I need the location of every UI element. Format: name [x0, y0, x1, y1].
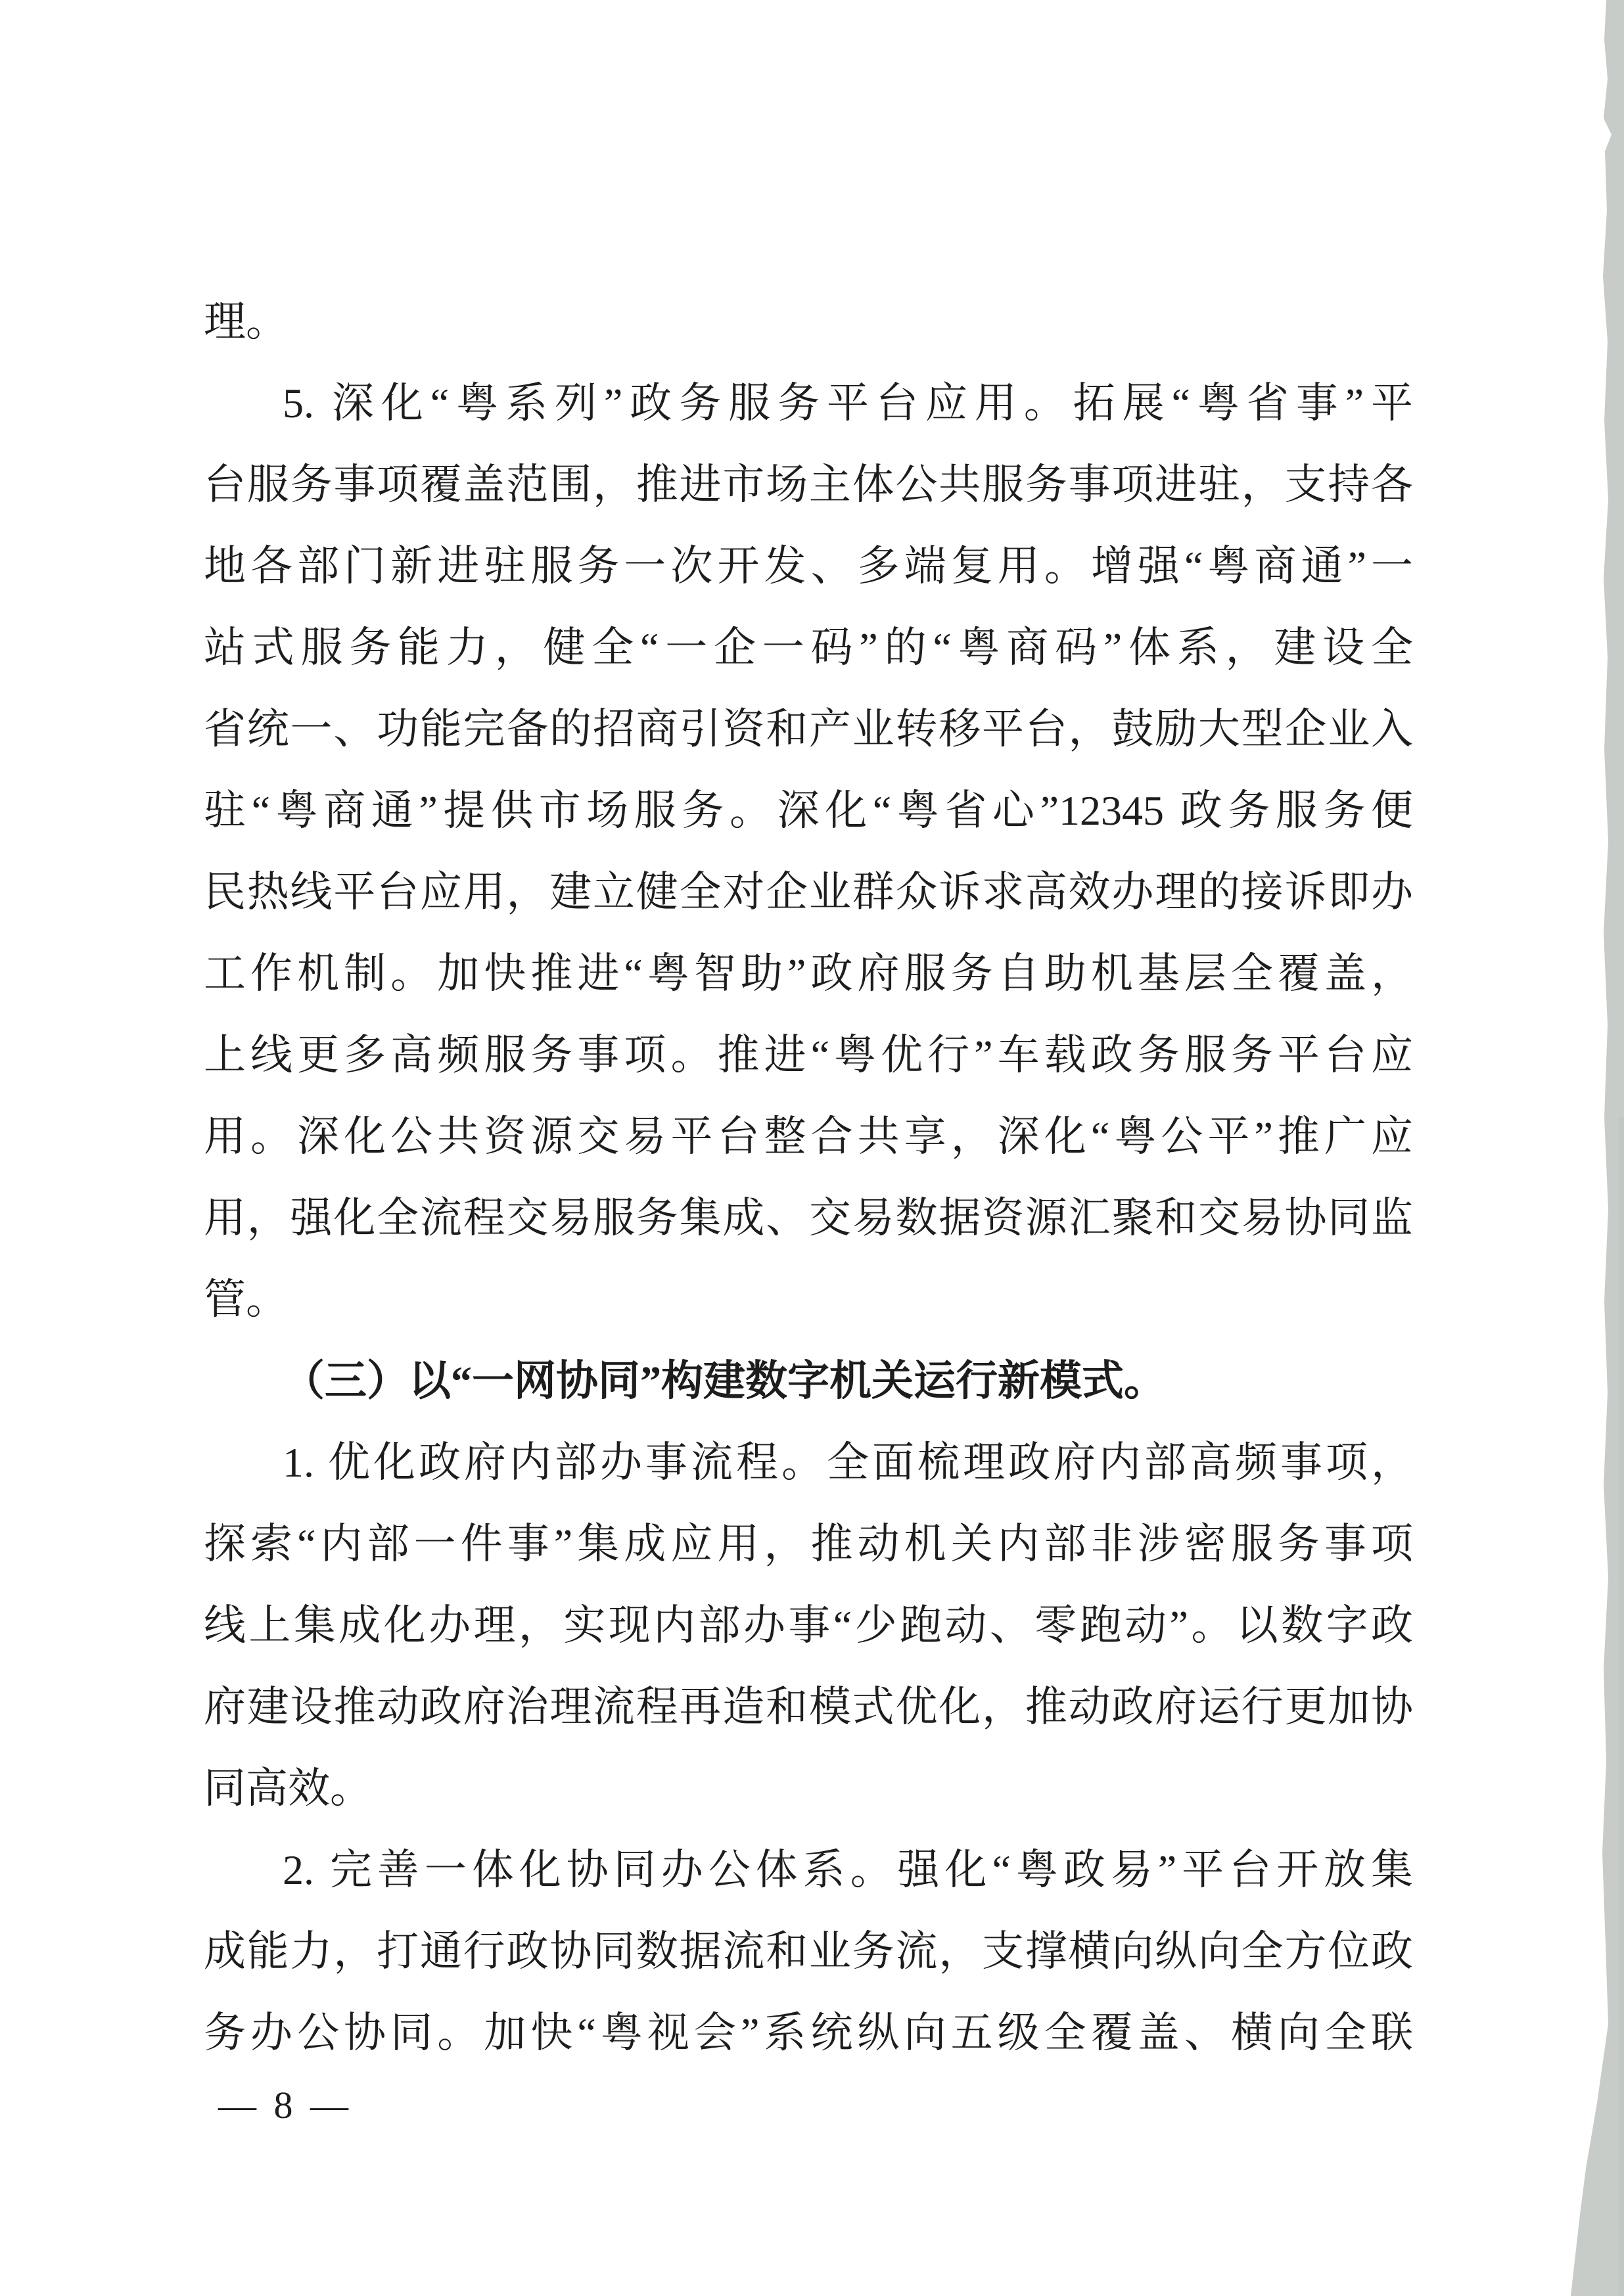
text-line: 理。 — [204, 281, 1413, 363]
text-line: 站式服务能力，健全“一企一码”的“粤商码”体系，建设全 — [204, 607, 1413, 689]
text-line: 用。深化公共资源交易平台整合共享，深化“粤公平”推广应 — [204, 1096, 1413, 1178]
text-line: 用，强化全流程交易服务集成、交易数据资源汇聚和交易协同监 — [204, 1178, 1413, 1259]
document-text: 理。5. 深化“粤系列”政务服务平台应用。拓展“粤省事”平台服务事项覆盖范围，推… — [204, 281, 1413, 2074]
text-line: 成能力，打通行政协同数据流和业务流，支撑横向纵向全方位政 — [204, 1911, 1413, 1992]
text-line: 府建设推动政府治理流程再造和模式优化，推动政府运行更加协 — [204, 1666, 1413, 1748]
text-line: 驻“粤商通”提供市场服务。深化“粤省心”12345 政务服务便 — [204, 770, 1413, 852]
text-line: 地各部门新进驻服务一次开发、多端复用。增强“粤商通”一 — [204, 526, 1413, 607]
text-line: 2. 完善一体化协同办公体系。强化“粤政易”平台开放集 — [204, 1829, 1413, 1911]
text-line: 同高效。 — [204, 1748, 1413, 1829]
document-page: 理。5. 深化“粤系列”政务服务平台应用。拓展“粤省事”平台服务事项覆盖范围，推… — [0, 0, 1624, 2296]
text-line: 1. 优化政府内部办事流程。全面梳理政府内部高频事项， — [204, 1422, 1413, 1504]
text-line: 民热线平台应用，建立健全对企业群众诉求高效办理的接诉即办 — [204, 852, 1413, 933]
text-line: 工作机制。加快推进“粤智助”政府服务自助机基层全覆盖， — [204, 933, 1413, 1015]
text-line: 探索“内部一件事”集成应用，推动机关内部非涉密服务事项 — [204, 1504, 1413, 1585]
torn-paper-edge-shadow — [1619, 1117, 1624, 2296]
text-line: 上线更多高频服务事项。推进“粤优行”车载政务服务平台应 — [204, 1015, 1413, 1096]
text-line: 管。 — [204, 1259, 1413, 1341]
torn-paper-edge-shape — [1571, 0, 1624, 2296]
text-line: 省统一、功能完备的招商引资和产业转移平台，鼓励大型企业入 — [204, 689, 1413, 770]
text-line: 线上集成化办理，实现内部办事“少跑动、零跑动”。以数字政 — [204, 1585, 1413, 1666]
text-line: （三）以“一网协同”构建数字机关运行新模式。 — [204, 1341, 1413, 1422]
text-line: 务办公协同。加快“粤视会”系统纵向五级全覆盖、横向全联 — [204, 1992, 1413, 2074]
text-line: 5. 深化“粤系列”政务服务平台应用。拓展“粤省事”平 — [204, 363, 1413, 444]
text-line: 台服务事项覆盖范围，推进市场主体公共服务事项进驻，支持各 — [204, 444, 1413, 526]
page-number: — 8 — — [218, 2074, 352, 2137]
